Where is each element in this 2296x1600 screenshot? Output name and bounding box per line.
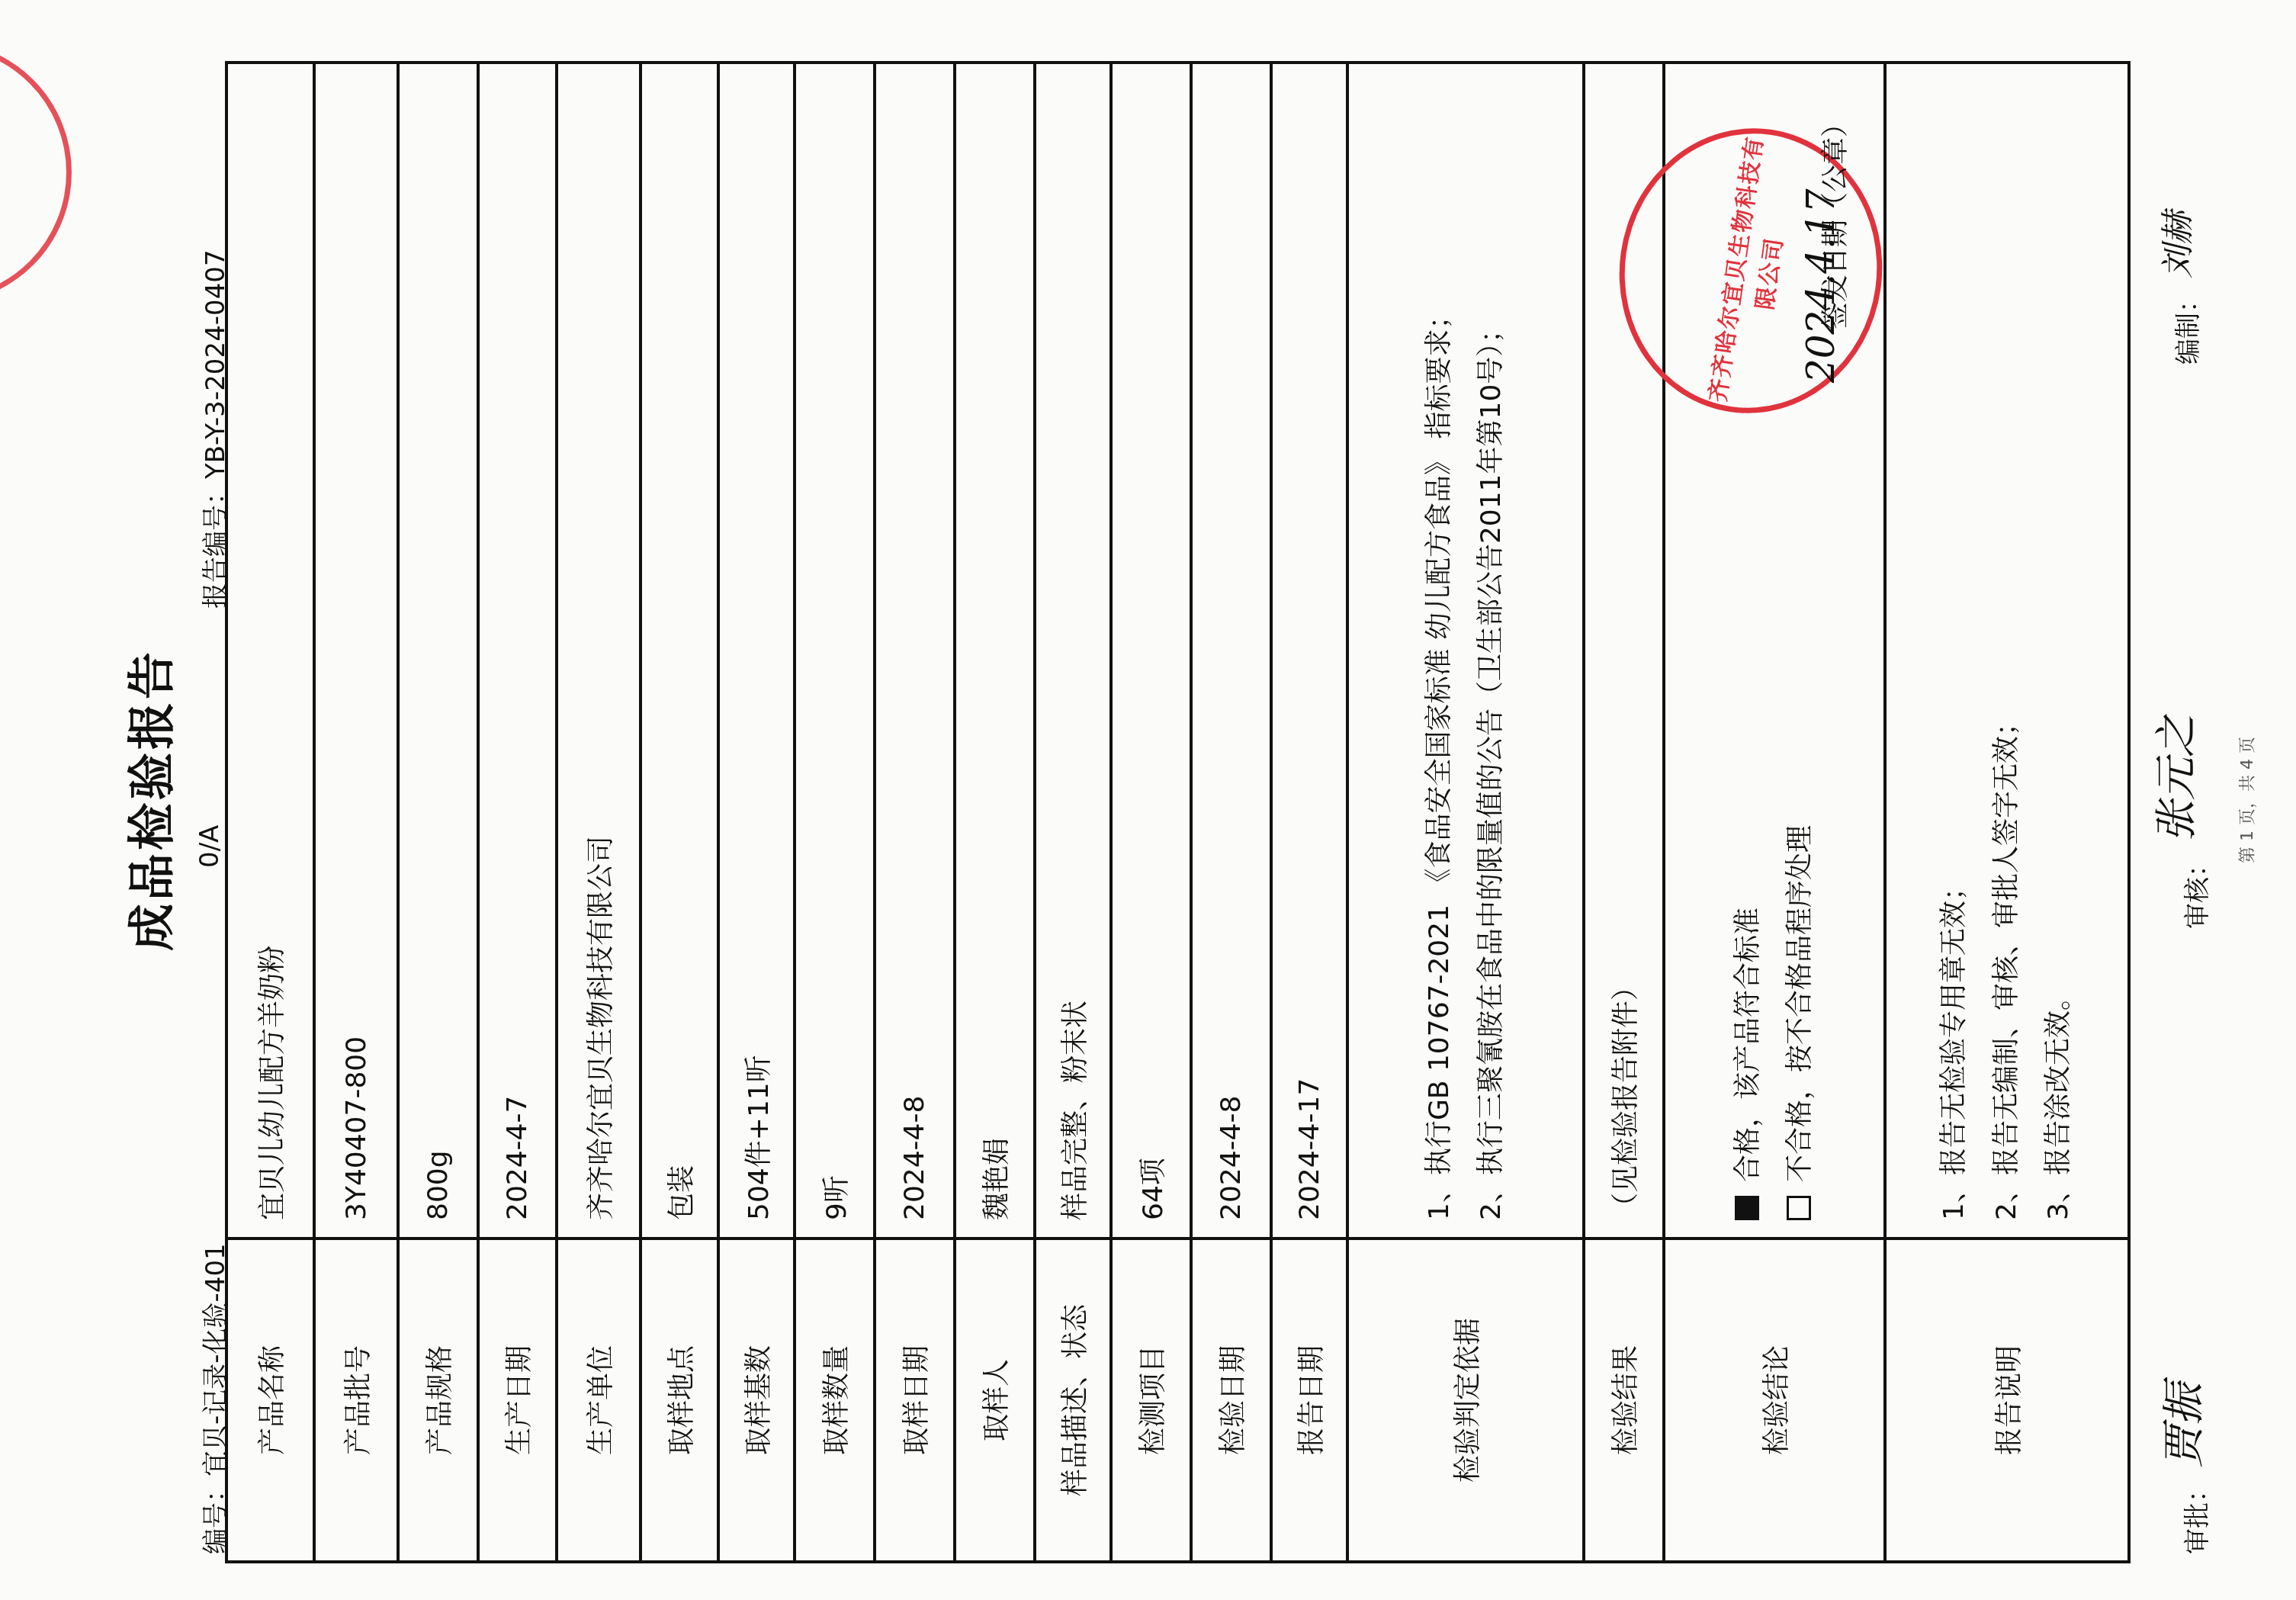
basis-line: 1、执行GB 10767-2021 《食品安全国家标准 幼儿配方食品》 指标要求… [1414, 81, 1466, 1220]
table-row-notes: 报告说明 1、报告无检验专用章无效； 2、报告无编制、审核、审批人签字无效； 3… [1885, 63, 2129, 1562]
row-label: 取样人 [955, 1239, 1035, 1562]
row-value: 包装 [641, 63, 718, 1239]
approve-label: 审批： [2182, 1476, 2213, 1554]
row-label: 取样数量 [795, 1239, 875, 1562]
row-label: 取样基数 [718, 1239, 795, 1562]
notes-value: 1、报告无检验专用章无效； 2、报告无编制、审核、审批人签字无效； 3、报告涂改… [1885, 63, 2129, 1239]
stamp-text: 齐齐哈尔宜贝生物科技有限公司 [1698, 130, 1803, 412]
row-label: 产品批号 [314, 1239, 398, 1562]
note-line: 1、报告无检验专用章无效； [1928, 81, 1980, 1220]
table-row: 生产单位齐齐哈尔宜贝生物科技有限公司 [557, 63, 641, 1562]
row-label: 生产日期 [478, 1239, 557, 1562]
review-handwriting: 张元之 [2152, 715, 2201, 843]
basis-line: 2、执行三聚氰胺在食品中的限量值的公告（卫生部公告2011年第10号）； [1466, 81, 1517, 1220]
notes-label: 报告说明 [1885, 1239, 2129, 1562]
row-value: 800g [398, 63, 478, 1239]
row-value: 3Y40407-800 [314, 63, 398, 1239]
prepare-label: 编制： [2173, 287, 2204, 365]
row-value: 2024-4-8 [1191, 63, 1271, 1239]
row-value: 魏艳娟 [955, 63, 1035, 1239]
table-row: 取样日期2024-4-8 [875, 63, 955, 1562]
conclusion-option-pass-text: 合格，该产品符合标准 [1732, 908, 1764, 1182]
conclusion-option-fail-text: 不合格，按不合格品程序处理 [1784, 825, 1816, 1182]
table-row: 检测项目64项 [1111, 63, 1191, 1562]
inspection-table: 产品名称宜贝儿幼儿配方羊奶粉产品批号3Y40407-800产品规格800g生产日… [225, 61, 2131, 1563]
row-value: 64项 [1111, 63, 1191, 1239]
report-page: 成品检验报告 编号：宜贝-记录-化验-401 0/A 报告编号：YB-Y-3-2… [0, 0, 2296, 1600]
version-label: 0/A [194, 825, 225, 868]
table-row: 产品规格800g [398, 63, 478, 1562]
row-label: 取样日期 [875, 1239, 955, 1562]
issue-date-label: 签发日期（公章） [1814, 110, 1853, 329]
row-label: 检验日期 [1191, 1239, 1271, 1562]
result-label: 检验结果 [1584, 1239, 1664, 1562]
table-row: 产品名称宜贝儿幼儿配方羊奶粉 [226, 63, 314, 1562]
approve-handwriting: 贾振 [2160, 1383, 2209, 1468]
review-signature: 审核： 张元之 [2158, 715, 2219, 929]
row-label: 产品名称 [226, 1239, 314, 1562]
row-label: 生产单位 [557, 1239, 641, 1562]
page-number: 第 1 页，共 4 页 [2234, 0, 2258, 1600]
row-value: 齐齐哈尔宜贝生物科技有限公司 [557, 63, 641, 1239]
table-row: 检验日期2024-4-8 [1191, 63, 1271, 1562]
row-label: 取样地点 [641, 1239, 718, 1562]
table-row: 取样基数504件+11听 [718, 63, 795, 1562]
table-row-basis: 检验判定依据 1、执行GB 10767-2021 《食品安全国家标准 幼儿配方食… [1347, 63, 1584, 1562]
row-value: 样品完整、粉末状 [1035, 63, 1111, 1239]
row-value: 2024-4-8 [875, 63, 955, 1239]
top-seal-stamp [0, 41, 72, 304]
document-title: 成品检验报告 [114, 0, 182, 1600]
note-line: 3、报告涂改无效。 [2033, 81, 2085, 1220]
prepare-handwriting: 刘赫 [2159, 211, 2198, 278]
row-value: 2024-4-17 [1271, 63, 1347, 1239]
row-label: 检测项目 [1111, 1239, 1191, 1562]
table-row: 产品批号3Y40407-800 [314, 63, 398, 1562]
review-label: 审核： [2182, 851, 2213, 929]
note-line: 2、报告无编制、审核、审批人签字无效； [1981, 81, 2033, 1220]
table-row: 样品描述、状态样品完整、粉末状 [1035, 63, 1111, 1562]
table-row: 取样数量9听 [795, 63, 875, 1562]
row-label: 报告日期 [1271, 1239, 1347, 1562]
row-value: 9听 [795, 63, 875, 1239]
table-row: 生产日期2024-4-7 [478, 63, 557, 1562]
conclusion-value: 合格，该产品符合标准 不合格，按不合格品程序处理 齐齐哈尔宜贝生物科技有限公司 … [1664, 63, 1885, 1239]
row-label: 样品描述、状态 [1035, 1239, 1111, 1562]
checkbox-pass[interactable] [1735, 1196, 1759, 1220]
table-row: 报告日期2024-4-17 [1271, 63, 1347, 1562]
table-row-conclusion: 检验结论 合格，该产品符合标准 不合格，按不合格品程序处理 齐齐哈尔宜贝生物科技… [1664, 63, 1885, 1562]
checkbox-fail[interactable] [1787, 1196, 1811, 1220]
row-value: 宜贝儿幼儿配方羊奶粉 [226, 63, 314, 1239]
prepare-signature: 编制： 刘赫 [2158, 211, 2207, 365]
basis-label: 检验判定依据 [1347, 1239, 1584, 1562]
row-label: 产品规格 [398, 1239, 478, 1562]
basis-value: 1、执行GB 10767-2021 《食品安全国家标准 幼儿配方食品》 指标要求… [1347, 63, 1584, 1239]
conclusion-label: 检验结论 [1664, 1239, 1885, 1562]
approve-signature: 审批： 贾振 [2158, 1383, 2219, 1554]
table-row: 取样人魏艳娟 [955, 63, 1035, 1562]
table-row: 取样地点包装 [641, 63, 718, 1562]
row-value: 504件+11听 [718, 63, 795, 1239]
row-value: 2024-4-7 [478, 63, 557, 1239]
